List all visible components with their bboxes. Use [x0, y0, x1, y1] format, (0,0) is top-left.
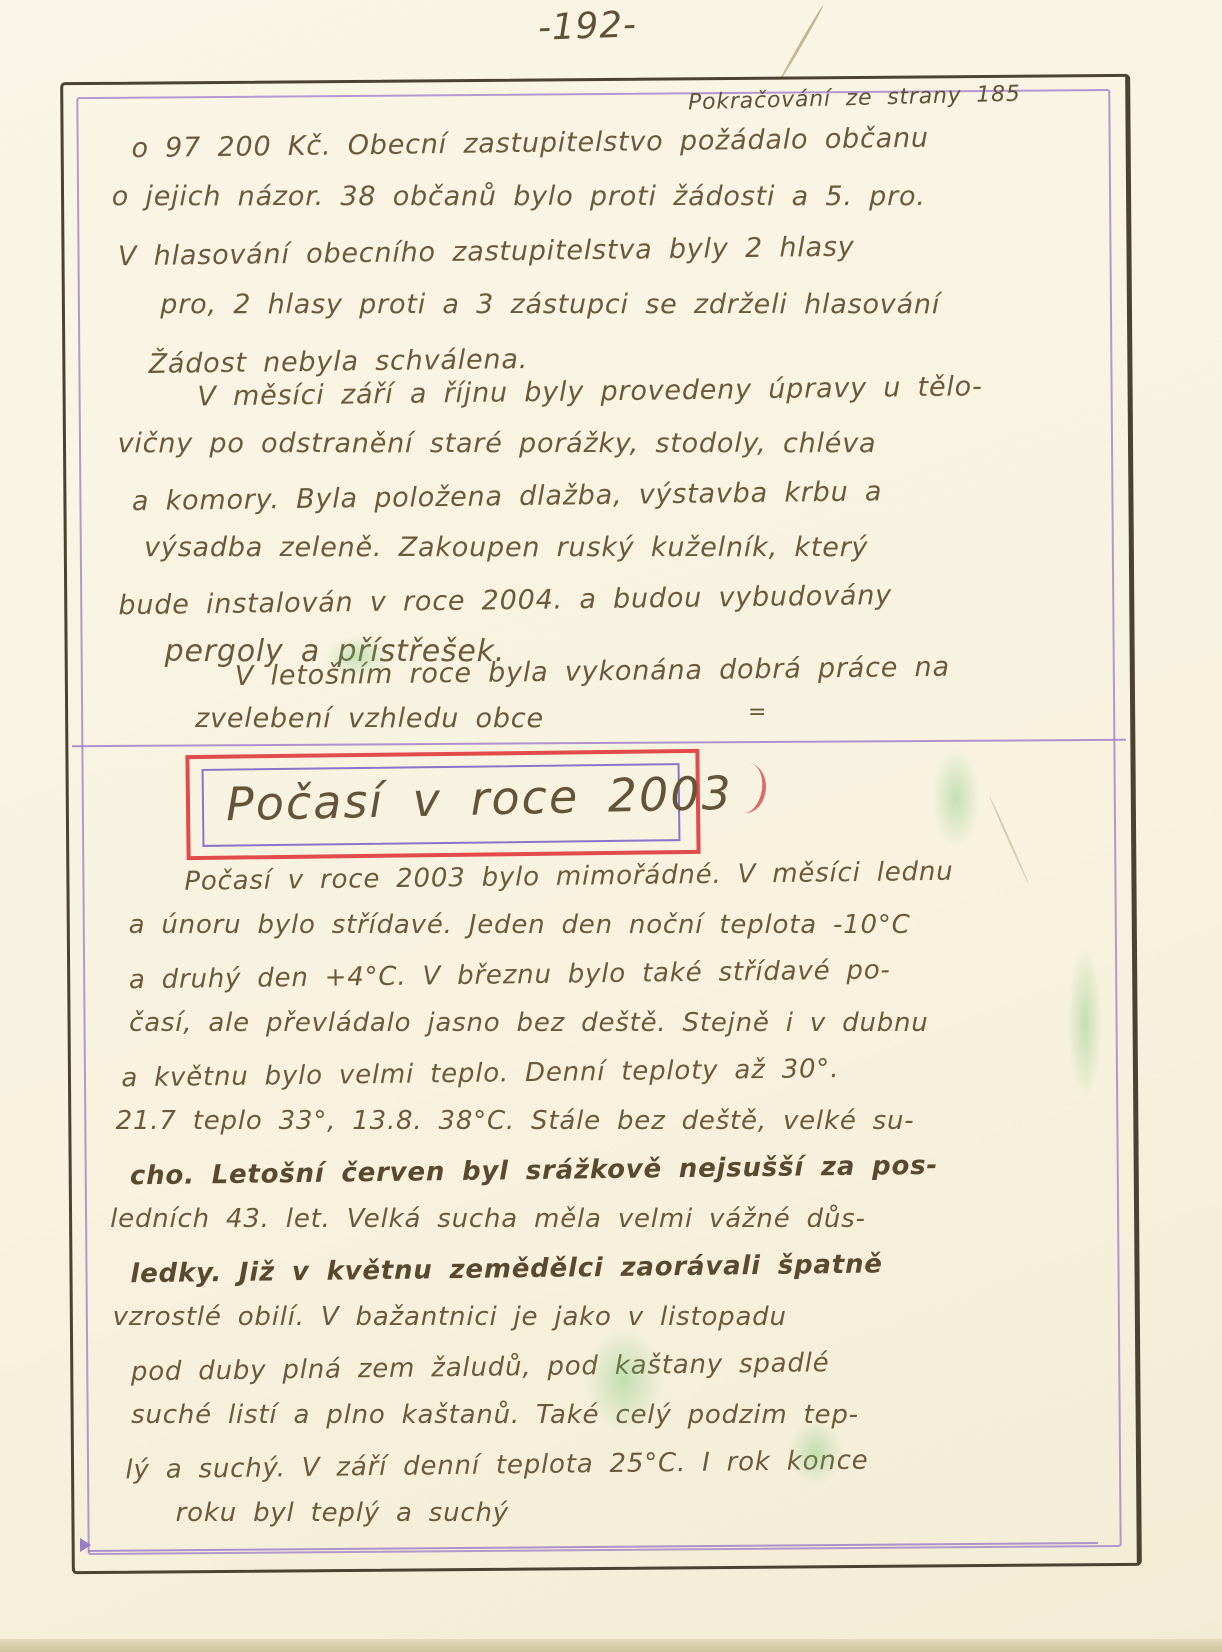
handwritten-line: V hlasování obecního zastupitelstva byly…	[118, 218, 1063, 284]
page-bottom-edge	[0, 1639, 1222, 1652]
paragraph-vote-result: o 97 200 Kč. Obecní zastupitelstvo požád…	[131, 114, 1062, 389]
paragraph-improvements: V měsíci září a říjnu byly provedeny úpr…	[117, 364, 1069, 681]
paragraph-summary: V letošním roce byla vykonána dobrá prác…	[135, 646, 1035, 745]
handwritten-line: V měsíci září a říjnu byly provedeny úpr…	[197, 360, 1068, 423]
equals-pen-mark: =	[748, 700, 767, 725]
weather-heading-red-box: Počasí v roce 2003	[185, 749, 700, 860]
green-smudge	[788, 1420, 843, 1485]
green-smudge	[932, 748, 980, 848]
handwritten-line: bude instalován v roce 2004. a budou vyb…	[118, 568, 1069, 632]
handwritten-line: o jejich názor. 38 občanů bylo proti žád…	[112, 170, 1062, 224]
scanned-chronicle-page: -192- Pokračování ze strany 185 o 97 200…	[0, 0, 1222, 1652]
handwritten-line: ledních 43. let. Velká sucha měla velmi …	[110, 1195, 1090, 1244]
green-smudge	[325, 636, 390, 678]
handwritten-line: časí, ale převládalo jasno bez deště. St…	[129, 999, 1089, 1048]
handwritten-line: vičny po odstranění staré porážky, stodo…	[118, 418, 1068, 470]
handwritten-line: 21.7 teplo 33°, 13.8. 38°C. Stále bez de…	[116, 1097, 1090, 1146]
handwritten-line: a květnu bylo velmi teplo. Denní teploty…	[121, 1042, 1090, 1104]
weather-section-heading: Počasí v roce 2003	[225, 766, 733, 831]
handwritten-line: cho. Letošní červen byl srážkově nejsušš…	[130, 1140, 1091, 1202]
handwritten-line: a komory. Byla položena dlažba, výstavba…	[132, 464, 1069, 528]
paragraph-weather-2003: Počasí v roce 2003 bylo mimořádné. V měs…	[128, 849, 1092, 1540]
purple-arrow-mark	[80, 1538, 91, 1552]
handwritten-line: Počasí v roce 2003 bylo mimořádné. V měs…	[184, 846, 1089, 907]
handwritten-line: výsadba zeleně. Zakoupen ruský kuželník,…	[144, 522, 1068, 574]
handwritten-line: ledky. Již v květnu zemědělci zaorávali …	[130, 1238, 1091, 1300]
handwritten-line: a druhý den +4°C. V březnu bylo také stř…	[129, 944, 1090, 1006]
pen-scratch-mark	[779, 5, 825, 81]
handwritten-line: o 97 200 Kč. Obecní zastupitelstvo požád…	[131, 110, 1062, 176]
handwritten-line: lý a suchý. V září denní teplota 25°C. I…	[125, 1434, 1092, 1496]
handwritten-line: pro, 2 hlasy proti a 3 zástupci se zdrže…	[160, 278, 1062, 332]
handwritten-line: a únoru bylo střídavé. Jeden den noční t…	[129, 901, 1089, 950]
green-smudge	[1068, 948, 1102, 1098]
handwritten-line: roku byl teplý a suchý	[176, 1489, 1092, 1538]
page-number: -192-	[537, 4, 637, 48]
handwritten-line: zvelebení vzhledu obce	[195, 695, 1035, 742]
green-smudge	[585, 1328, 663, 1433]
